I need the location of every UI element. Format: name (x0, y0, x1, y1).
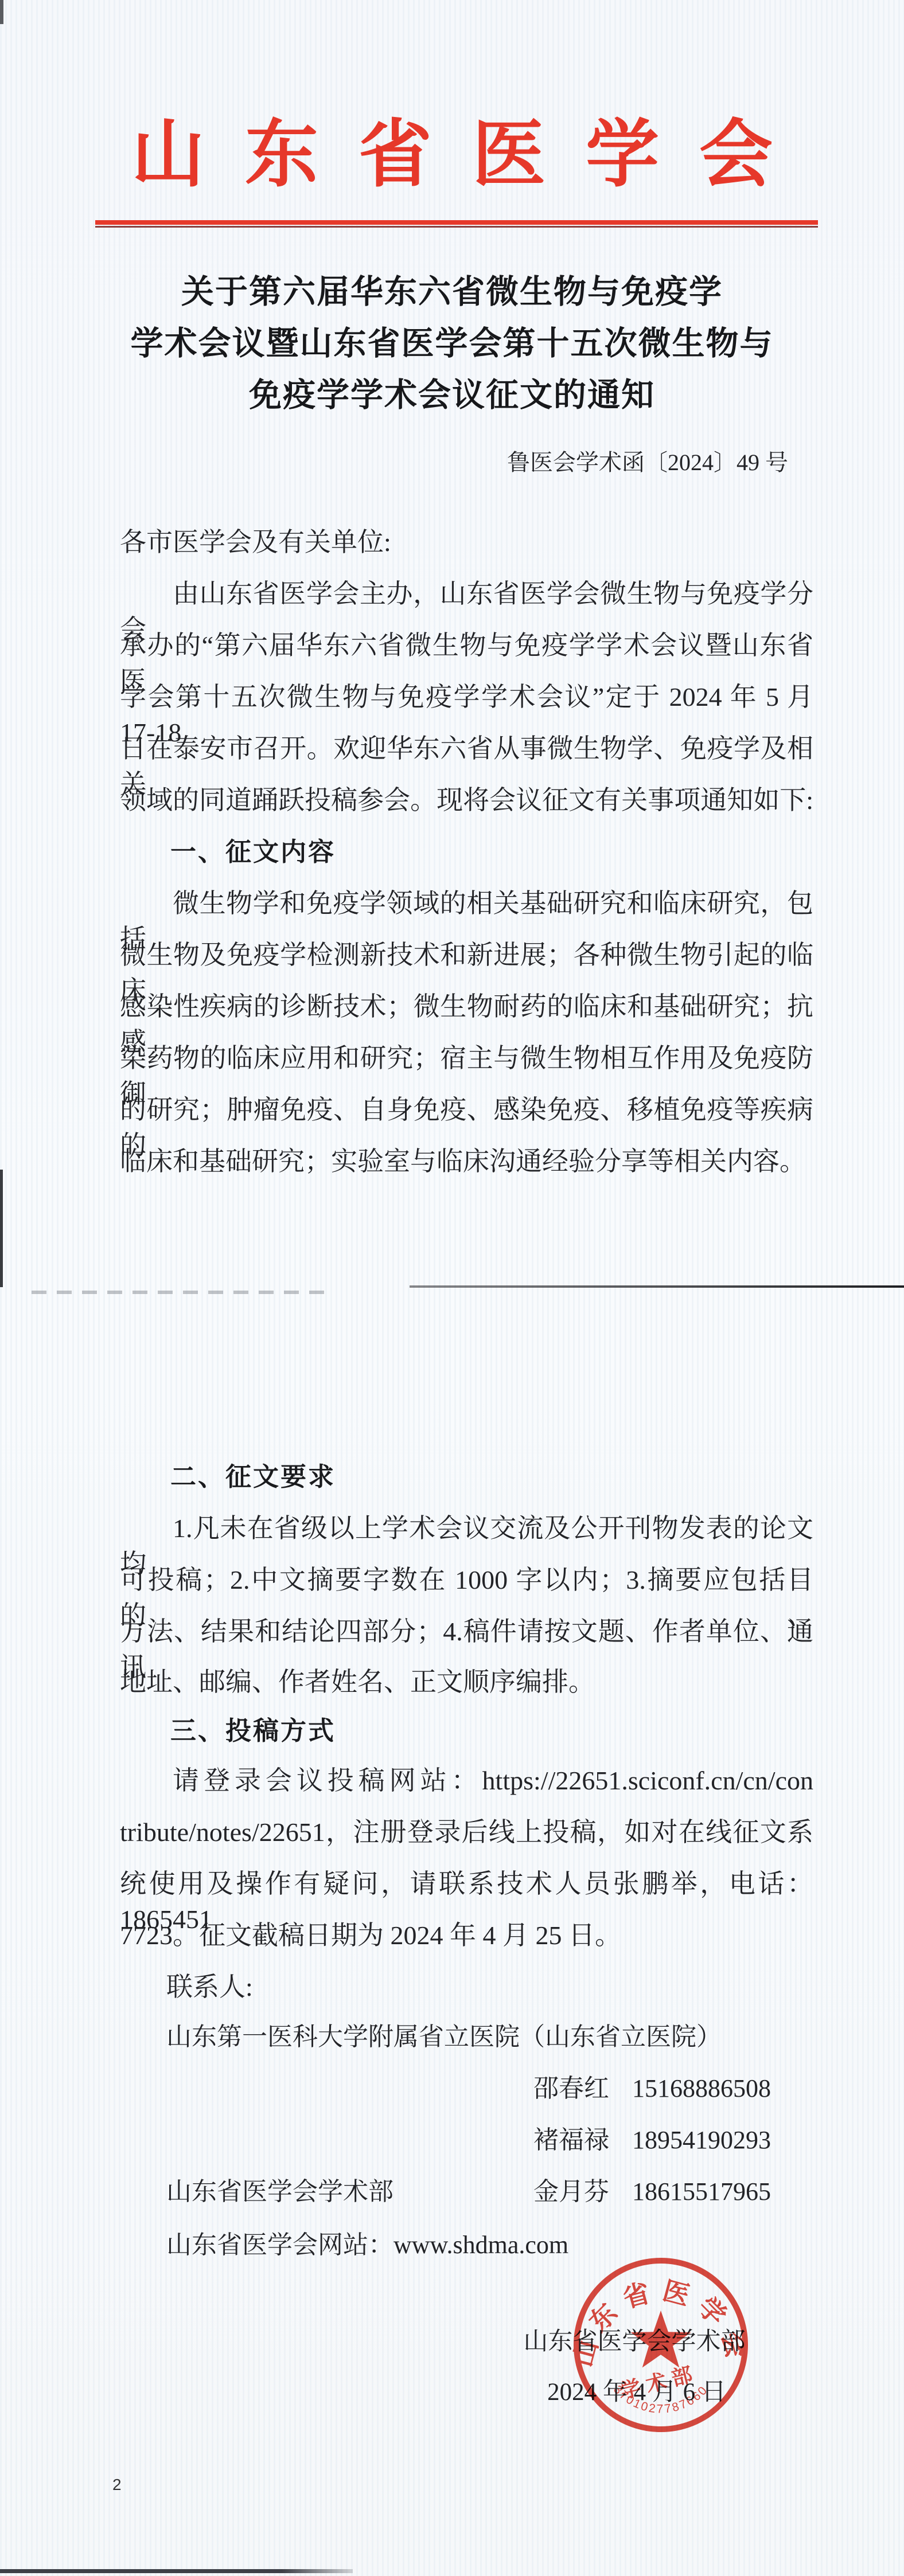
contact-phone: 18954190293 (632, 2126, 771, 2154)
notice-title-line-1: 关于第六届华东六省微生物与免疫学 (0, 265, 904, 312)
contact-label: 联系人: (166, 1969, 253, 2005)
contact-name: 褚福禄 (533, 2122, 632, 2158)
hospital-line: 山东第一医科大学附属省立医院（山东省立医院） (166, 2019, 722, 2055)
letterhead-rule (95, 220, 818, 225)
seal-star-icon (631, 2311, 691, 2368)
section2-line: 地址、邮编、作者姓名、正文顺序编排。 (120, 1664, 595, 1700)
contact-name: 邵春红 (533, 2071, 632, 2106)
contact-phone: 18615517965 (632, 2178, 771, 2206)
scan-bottom-edge (0, 2569, 353, 2573)
page-break-line (410, 1285, 904, 1288)
section1-heading: 一、征文内容 (170, 834, 336, 870)
contact-phone: 15168886508 (632, 2074, 771, 2102)
section2-heading: 二、征文要求 (170, 1459, 336, 1495)
page-edge-shadow (0, 1170, 3, 1287)
seal-graphic: 山东省医学会 学术部 3701027787660 (572, 2256, 750, 2434)
contact-name: 金月芬 (533, 2174, 632, 2210)
letterhead-rule-shadow (95, 226, 818, 228)
section1-line: 临床和基础研究；实验室与临床沟通经验分享等相关内容。 (120, 1144, 806, 1179)
contact-org: 山东省医学会学术部 (166, 2174, 393, 2210)
letterhead-title: 山东省医学会 (0, 115, 904, 195)
website-line: 山东省医学会网站：www.shdma.com (166, 2227, 568, 2263)
notice-title-line-2: 学术会议暨山东省医学会第十五次微生物与 (0, 317, 904, 364)
official-seal: 山东省医学会 学术部 3701027787660 (572, 2256, 750, 2434)
contact-row: 邵春红15168886508 (533, 2071, 771, 2106)
contact-row: 褚福禄18954190293 (533, 2122, 771, 2158)
section3-heading: 三、投稿方式 (170, 1713, 336, 1749)
page-break-smudge (32, 1291, 324, 1294)
section3-line: 7723。征文截稿日期为 2024 年 4 月 25 日。 (120, 1918, 621, 1953)
scanned-document: 山东省医学会 关于第六届华东六省微生物与免疫学 学术会议暨山东省医学会第十五次微… (0, 0, 904, 2576)
notice-title-line-3: 免疫学学术会议征文的通知 (0, 369, 904, 416)
page-number: 2 (112, 2476, 122, 2494)
section3-line: 请登录会议投稿网站：https://22651.sciconf.cn/cn/co… (120, 1763, 813, 1799)
salutation: 各市医学会及有关单位: (120, 525, 391, 560)
intro-line: 领域的同道踊跃投稿参会。现将会议征文有关事项通知如下: (120, 783, 813, 818)
scan-corner-mark (0, 0, 3, 24)
contact-row: 金月芬18615517965 (533, 2174, 771, 2210)
section3-line: tribute/notes/22651，注册登录后线上投稿，如对在线征文系 (120, 1815, 813, 1850)
doc-number: 鲁医会学术函〔2024〕49 号 (507, 445, 788, 480)
